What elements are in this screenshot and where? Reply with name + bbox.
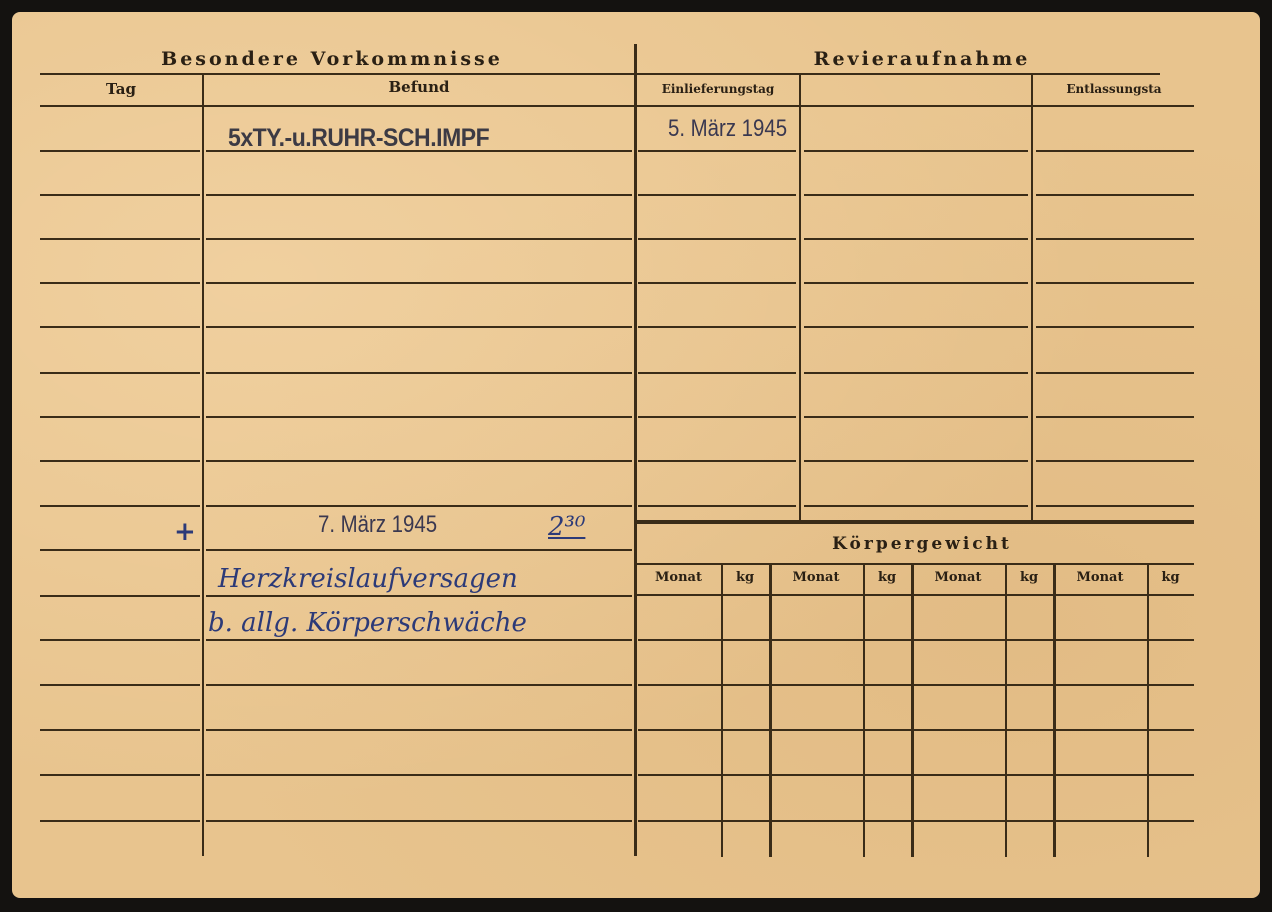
- rule-line: [804, 326, 1028, 328]
- column-header-kg: kg: [721, 570, 769, 585]
- column-header-day: Tag: [40, 80, 202, 98]
- weight-cell: [638, 776, 719, 816]
- weight-cell: [1007, 641, 1051, 681]
- weight-cell: [771, 641, 861, 681]
- weight-cell: [1149, 776, 1192, 816]
- divider: [636, 563, 1194, 565]
- weight-cell: [865, 686, 909, 726]
- rule-line: [1036, 194, 1194, 196]
- weight-cell: [1007, 686, 1051, 726]
- column-header-kg: kg: [863, 570, 911, 585]
- rule-line: [206, 639, 632, 641]
- column-divider: [1031, 74, 1033, 520]
- section-divider: [636, 520, 1194, 524]
- weight-cell: [1055, 686, 1145, 726]
- weight-cell: [1055, 776, 1145, 816]
- weight-cell: [913, 822, 1003, 862]
- weight-cell: [913, 686, 1003, 726]
- weight-cell: [723, 641, 767, 681]
- rule-line: [40, 774, 200, 776]
- weight-cell: [1149, 596, 1192, 636]
- rule-line: [206, 282, 632, 284]
- admission-date-stamp: 5. März 1945: [668, 115, 787, 143]
- column-header-admission-date: Einlieferungstag: [638, 82, 798, 96]
- rule-line: [40, 549, 200, 551]
- weight-cell: [1149, 731, 1192, 771]
- weight-cell: [638, 822, 719, 862]
- cause-of-death-line-1: Herzkreislaufversagen: [218, 564, 518, 594]
- rule-line: [40, 820, 200, 822]
- death-time: 2³⁰: [548, 512, 585, 542]
- rule-line: [40, 282, 200, 284]
- column-header-finding: Befund: [204, 78, 634, 96]
- weight-cell: [638, 686, 719, 726]
- weight-cell: [1055, 596, 1145, 636]
- rule-line: [40, 729, 200, 731]
- rule-line: [206, 460, 632, 462]
- rule-line: [1036, 282, 1194, 284]
- rule-line: [206, 326, 632, 328]
- weight-cell: [913, 776, 1003, 816]
- weight-cell: [865, 641, 909, 681]
- rule-line: [206, 372, 632, 374]
- rule-line: [804, 194, 1028, 196]
- rule-line: [638, 416, 796, 418]
- rule-line: [206, 194, 632, 196]
- rule-line: [804, 505, 1028, 507]
- rule-line: [1036, 238, 1194, 240]
- weight-cell: [1007, 776, 1051, 816]
- column-header-month: Monat: [636, 570, 721, 585]
- column-header-kg: kg: [1005, 570, 1053, 585]
- rule-line: [804, 282, 1028, 284]
- weight-cell: [913, 641, 1003, 681]
- rule-line: [40, 595, 200, 597]
- weight-cell: [1007, 731, 1051, 771]
- cause-of-death-line-2: b. allg. Körperschwäche: [208, 608, 527, 638]
- rule-line: [40, 684, 200, 686]
- death-date-stamp: 7. März 1945: [318, 511, 437, 539]
- rule-line: [638, 150, 796, 152]
- rule-line: [638, 238, 796, 240]
- section-divider: [634, 44, 637, 856]
- rule-line: [40, 194, 200, 196]
- rule-line: [1036, 460, 1194, 462]
- rule-line: [40, 460, 200, 462]
- rule-line: [206, 238, 632, 240]
- weight-cell: [865, 776, 909, 816]
- column-divider: [202, 74, 204, 856]
- weight-cell: [1007, 596, 1051, 636]
- divider: [636, 105, 1194, 107]
- column-header-month: Monat: [911, 570, 1005, 585]
- rule-line: [638, 326, 796, 328]
- weight-cell: [638, 641, 719, 681]
- rule-line: [804, 460, 1028, 462]
- rule-line: [206, 820, 632, 822]
- rule-line: [1036, 326, 1194, 328]
- vaccination-stamp: 5xTY.-u.RUHR-SCH.IMPF: [228, 124, 489, 153]
- weight-cell: [723, 686, 767, 726]
- weight-cell: [771, 822, 861, 862]
- rule-line: [206, 595, 632, 597]
- death-mark: +: [174, 517, 196, 547]
- column-header-month: Monat: [1053, 570, 1147, 585]
- weight-cell: [771, 731, 861, 771]
- record-card: Besondere Vorkommnisse Tag Befund 5xTY.-…: [12, 12, 1260, 898]
- weight-cell: [1055, 822, 1145, 862]
- rule-line: [40, 372, 200, 374]
- weight-cell: [1149, 686, 1192, 726]
- weight-cell: [913, 596, 1003, 636]
- rule-line: [206, 549, 632, 551]
- column-header-kg: kg: [1147, 570, 1194, 585]
- rule-line: [804, 372, 1028, 374]
- rule-line: [804, 150, 1028, 152]
- rule-line: [206, 729, 632, 731]
- weight-cell: [1055, 641, 1145, 681]
- rule-line: [206, 416, 632, 418]
- column-header-discharge-date: Entlassungsta: [1034, 82, 1194, 96]
- weight-cell: [865, 822, 909, 862]
- infirmary-admission-title: Revieraufnahme: [772, 48, 1072, 70]
- rule-line: [638, 372, 796, 374]
- special-incidents-title: Besondere Vorkommnisse: [152, 48, 512, 70]
- body-weight-title: Körpergewicht: [772, 534, 1072, 554]
- rule-line: [1036, 505, 1194, 507]
- weight-cell: [1055, 731, 1145, 771]
- weight-cell: [865, 596, 909, 636]
- weight-cell: [1149, 822, 1192, 862]
- weight-cell: [723, 731, 767, 771]
- weight-cell: [1149, 641, 1192, 681]
- rule-line: [206, 150, 632, 152]
- weight-cell: [1007, 822, 1051, 862]
- rule-line: [40, 639, 200, 641]
- weight-cell: [723, 822, 767, 862]
- rule-line: [206, 684, 632, 686]
- rule-line: [40, 505, 200, 507]
- weight-cell: [723, 776, 767, 816]
- rule-line: [638, 505, 796, 507]
- rule-line: [40, 416, 200, 418]
- rule-line: [638, 460, 796, 462]
- rule-line: [40, 238, 200, 240]
- rule-line: [40, 150, 200, 152]
- rule-line: [638, 194, 796, 196]
- rule-line: [40, 326, 200, 328]
- rule-line: [638, 282, 796, 284]
- weight-cell: [865, 731, 909, 771]
- rule-line: [804, 416, 1028, 418]
- rule-line: [1036, 150, 1194, 152]
- rule-line: [1036, 416, 1194, 418]
- weight-cell: [771, 776, 861, 816]
- column-header-month: Monat: [769, 570, 863, 585]
- rule-line: [1036, 372, 1194, 374]
- weight-cell: [638, 596, 719, 636]
- divider: [40, 105, 634, 107]
- weight-cell: [771, 596, 861, 636]
- divider: [636, 73, 1160, 75]
- weight-cell: [723, 596, 767, 636]
- weight-cell: [913, 731, 1003, 771]
- rule-line: [804, 238, 1028, 240]
- weight-cell: [771, 686, 861, 726]
- rule-line: [206, 505, 632, 507]
- column-divider: [799, 74, 801, 520]
- weight-cell: [638, 731, 719, 771]
- divider: [40, 73, 634, 75]
- rule-line: [206, 774, 632, 776]
